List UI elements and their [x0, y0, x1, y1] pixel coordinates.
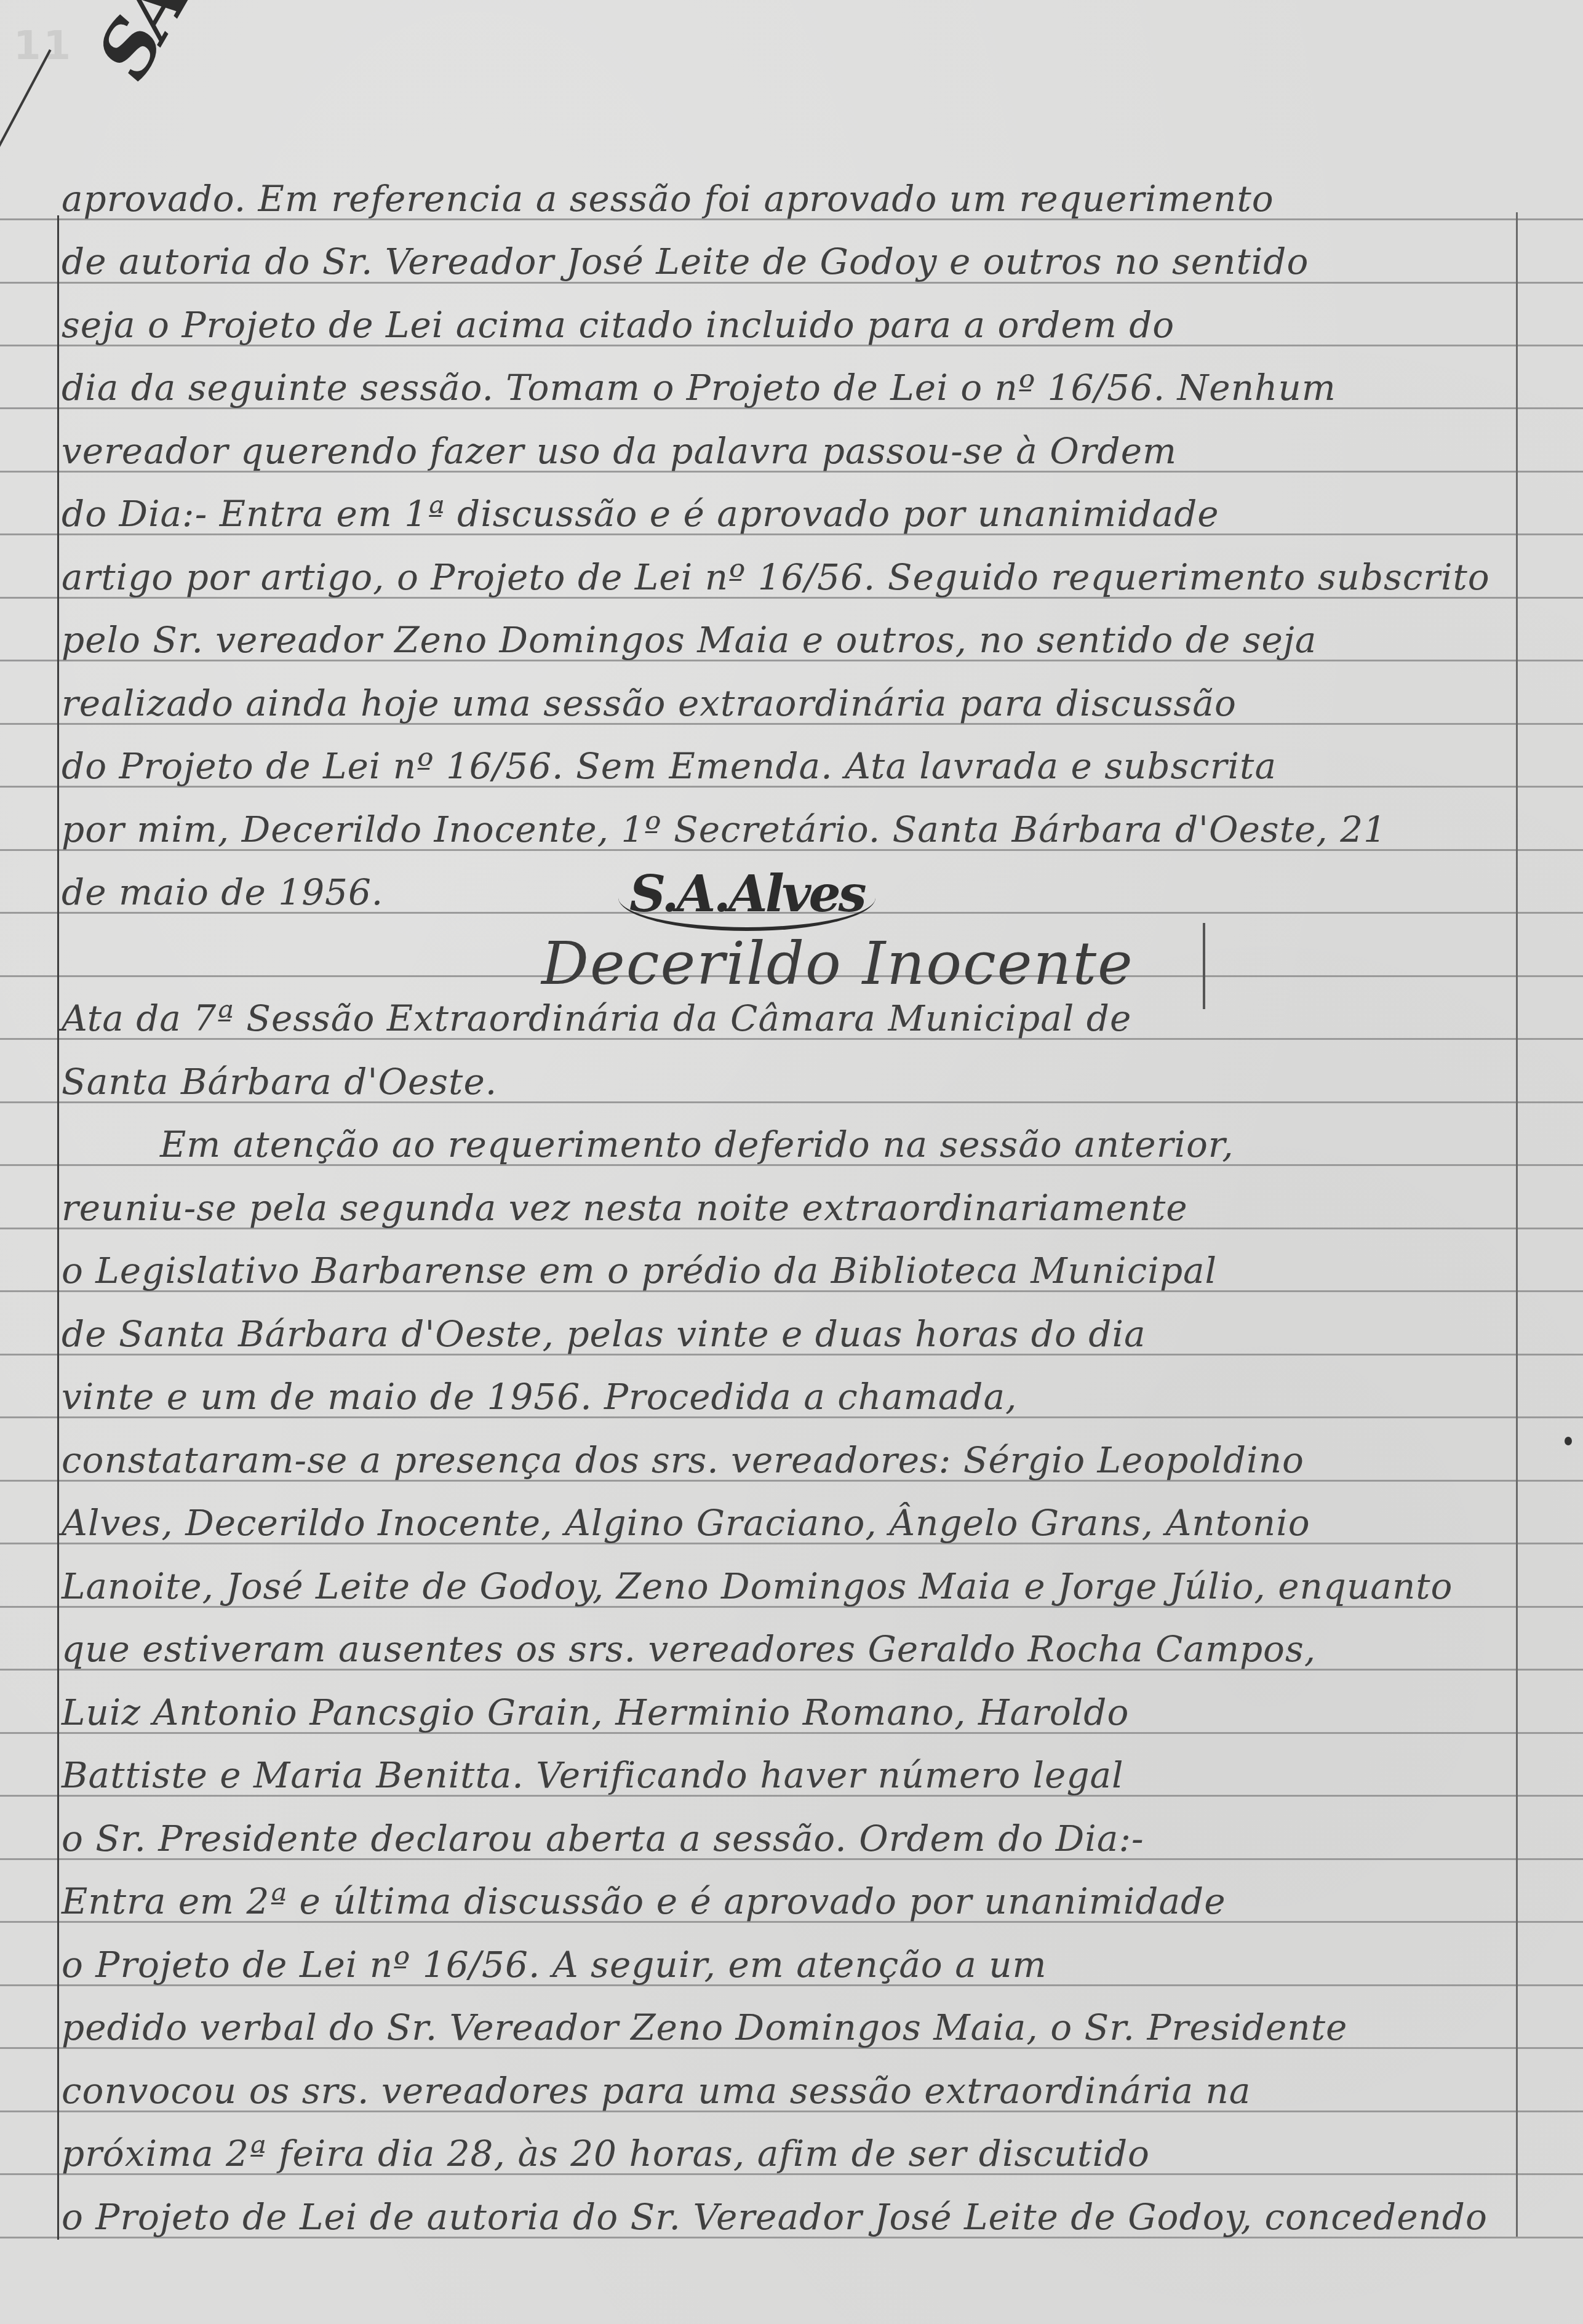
text-line: próxima 2ª feira dia 28, às 20 horas, af…: [62, 2132, 1538, 2175]
text-line: seja o Projeto de Lei acima citado inclu…: [62, 303, 1538, 346]
text-line: o Legislativo Barbarense em o prédio da …: [62, 1249, 1538, 1292]
text-line: constataram-se a presença dos srs. verea…: [62, 1439, 1538, 1482]
heading-bracket: [1203, 923, 1205, 1009]
text-line: de autoria do Sr. Vereador José Leite de…: [62, 240, 1538, 283]
text-line: aprovado. Em referencia a sessão foi apr…: [62, 177, 1538, 220]
ink-spot: [1565, 1437, 1572, 1445]
ledger-page: 11 SAO S.A.Alves aprovado. Em referencia…: [0, 0, 1583, 2324]
text-line: Em atenção ao requerimento deferido na s…: [160, 1123, 1583, 1166]
left-margin-rule: [57, 215, 59, 2240]
text-line: artigo por artigo, o Projeto de Lei nº 1…: [62, 556, 1538, 599]
text-line: Lanoite, José Leite de Godoy, Zeno Domin…: [62, 1565, 1538, 1608]
text-line: o Projeto de Lei de autoria do Sr. Verea…: [62, 2195, 1538, 2238]
text-line: pelo Sr. vereador Zeno Domingos Maia e o…: [62, 618, 1538, 661]
text-line: Luiz Antonio Pancsgio Grain, Herminio Ro…: [62, 1691, 1538, 1734]
text-line: Santa Bárbara d'Oeste.: [62, 1060, 1538, 1103]
page-number-stamp: 11: [14, 23, 87, 73]
text-line: pedido verbal do Sr. Vereador Zeno Domin…: [62, 2006, 1538, 2049]
text-line: do Dia:- Entra em 1ª discussão e é aprov…: [62, 492, 1538, 535]
text-line: Ata da 7ª Sessão Extraordinária da Câmar…: [62, 997, 1538, 1040]
signature-top: SAO: [80, 0, 233, 92]
text-line: convocou os srs. vereadores para uma ses…: [62, 2069, 1538, 2112]
text-line: Battiste e Maria Benitta. Verificando ha…: [62, 1754, 1538, 1797]
text-line: dia da seguinte sessão. Tomam o Projeto …: [62, 366, 1538, 409]
text-line: Alves, Decerildo Inocente, Algino Gracia…: [62, 1501, 1538, 1544]
text-line: vinte e um de maio de 1956. Procedida a …: [62, 1375, 1538, 1418]
text-line: do Projeto de Lei nº 16/56. Sem Emenda. …: [62, 745, 1538, 788]
text-line: de maio de 1956.: [62, 871, 1538, 914]
text-line: de Santa Bárbara d'Oeste, pelas vinte e …: [62, 1312, 1538, 1356]
text-line: vereador querendo fazer uso da palavra p…: [62, 429, 1538, 473]
text-line: por mim, Decerildo Inocente, 1º Secretár…: [62, 808, 1538, 851]
text-line: o Sr. Presidente declarou aberta a sessã…: [62, 1817, 1538, 1860]
text-line: que estiveram ausentes os srs. vereadore…: [62, 1627, 1538, 1671]
text-line: o Projeto de Lei nº 16/56. A seguir, em …: [62, 1943, 1538, 1986]
text-line: Entra em 2ª e última discussão e é aprov…: [62, 1880, 1538, 1923]
section-heading: Decerildo Inocente: [541, 929, 1134, 998]
text-line: reuniu-se pela segunda vez nesta noite e…: [62, 1186, 1538, 1229]
text-line: realizado ainda hoje uma sessão extraord…: [62, 682, 1538, 725]
signature-stroke: [0, 49, 52, 230]
